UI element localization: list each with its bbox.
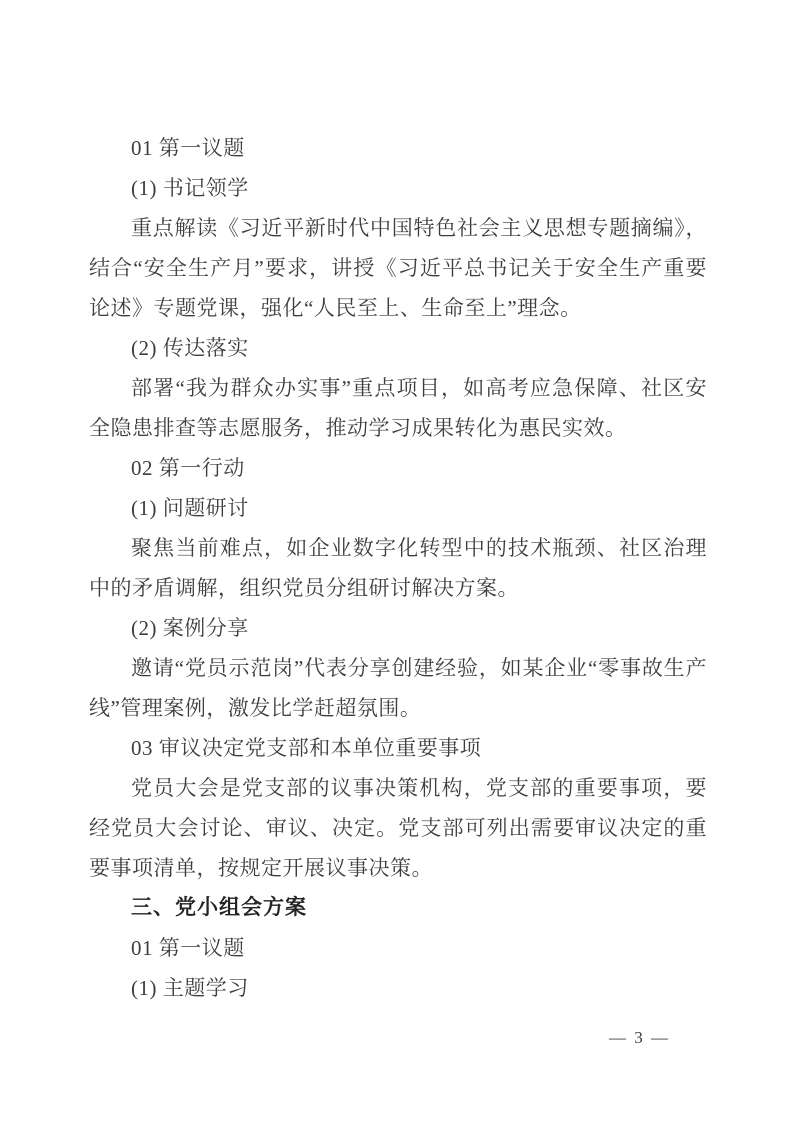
section-heading: 三、党小组会方案 [89,888,707,928]
paragraph: (2) 案例分享 [89,608,707,648]
paragraph: 党员大会是党支部的议事决策机构，党支部的重要事项，要经党员大会讨论、审议、决定。… [89,768,707,888]
paragraph: (2) 传达落实 [89,328,707,368]
page-footer: — 3 — [609,1026,670,1050]
paragraph: 邀请“党员示范岗”代表分享创建经验，如某企业“零事故生产线”管理案例，激发比学赶… [89,648,707,728]
paragraph: (1) 主题学习 [89,968,707,1008]
document-body: 01 第一议题(1) 书记领学重点解读《习近平新时代中国特色社会主义思想专题摘编… [89,128,707,1008]
paragraph: 聚焦当前难点，如企业数字化转型中的技术瓶颈、社区治理中的矛盾调解，组织党员分组研… [89,528,707,608]
document-page: 01 第一议题(1) 书记领学重点解读《习近平新时代中国特色社会主义思想专题摘编… [0,0,794,1122]
paragraph: 01 第一议题 [89,128,707,168]
paragraph: 部署“我为群众办实事”重点项目，如高考应急保障、社区安全隐患排查等志愿服务，推动… [89,368,707,448]
paragraph: (1) 问题研讨 [89,488,707,528]
paragraph: 重点解读《习近平新时代中国特色社会主义思想专题摘编》，结合“安全生产月”要求，讲… [89,208,707,328]
paragraph: 01 第一议题 [89,928,707,968]
page-number: — 3 — [609,1028,670,1047]
paragraph: (1) 书记领学 [89,168,707,208]
paragraph: 03 审议决定党支部和本单位重要事项 [89,728,707,768]
paragraph: 02 第一行动 [89,448,707,488]
